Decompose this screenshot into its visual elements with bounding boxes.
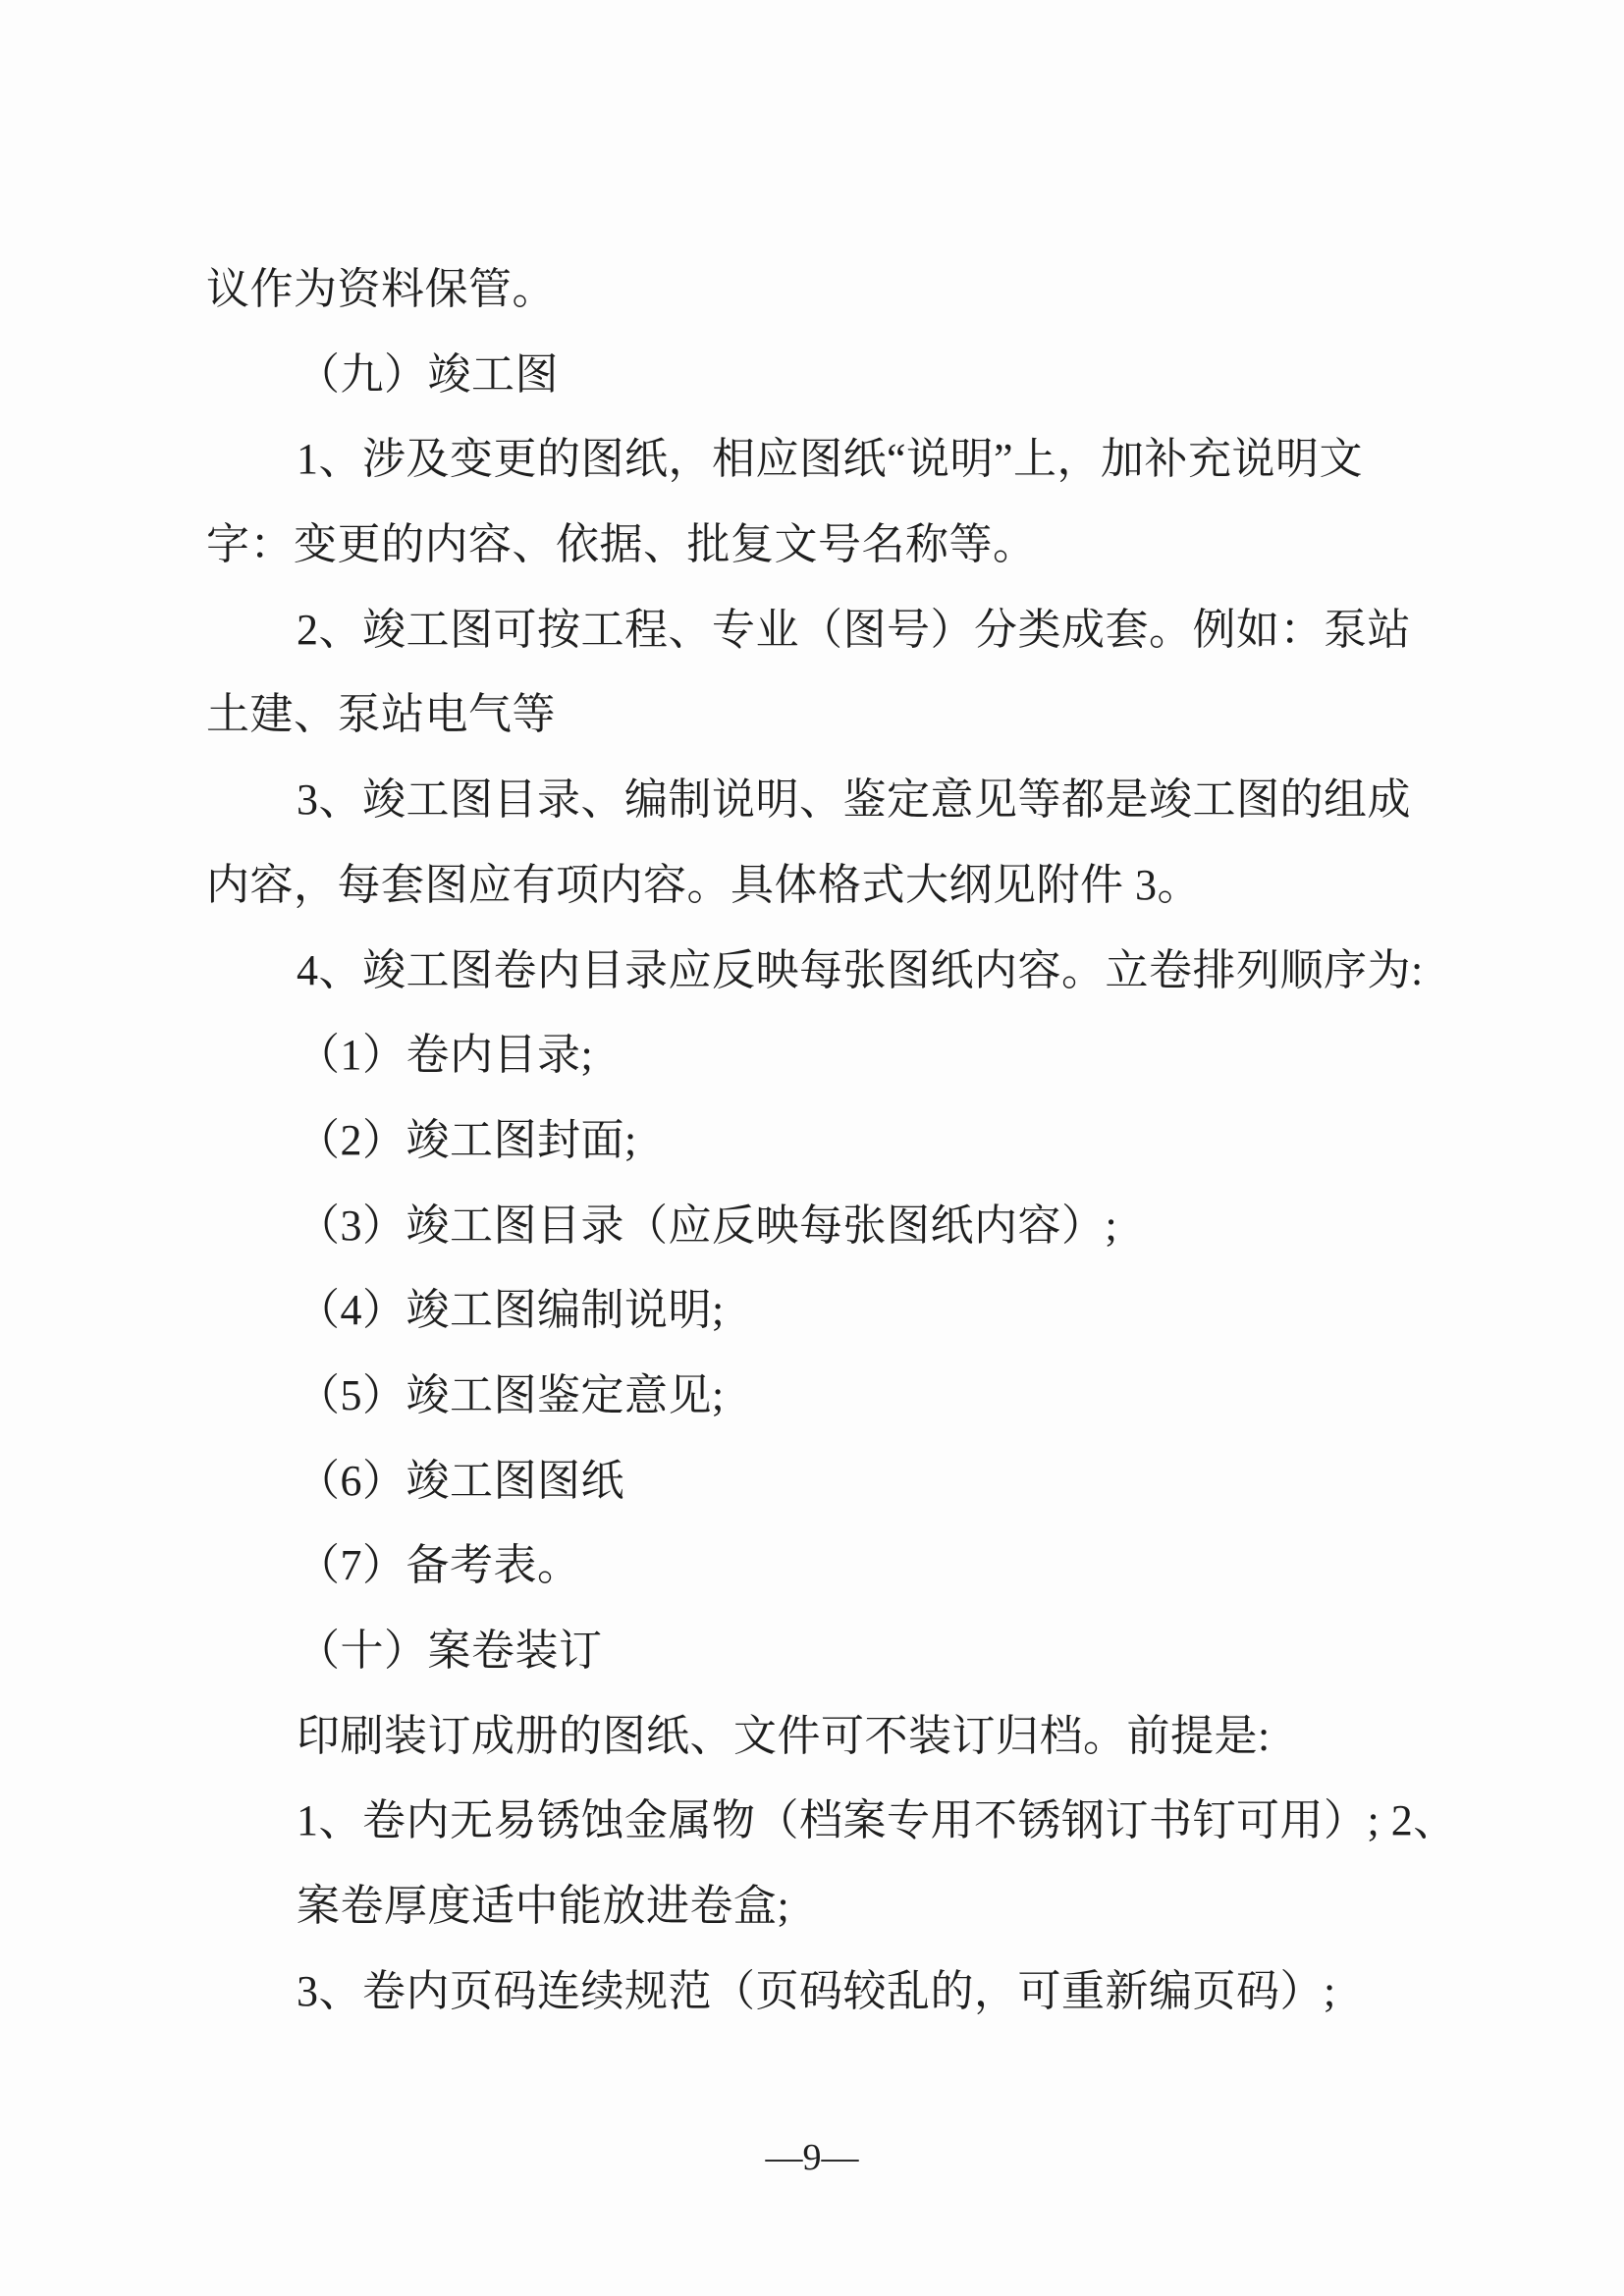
- text-line: 土建、泵站电气等: [206, 672, 1443, 758]
- text-line-list-item: （6）竣工图图纸: [206, 1439, 1443, 1524]
- text-line-section-heading: （九）竣工图: [206, 333, 1443, 418]
- text-line-list-item: （3）竣工图目录（应反映每张图纸内容）;: [206, 1184, 1443, 1269]
- text-line-list-item: （5）竣工图鉴定意见;: [206, 1354, 1443, 1439]
- text-line: 2、竣工图可按工程、专业（图号）分类成套。例如：泵站: [206, 588, 1443, 673]
- text-line-list-item: （4）竣工图编制说明;: [206, 1268, 1443, 1354]
- document-page: 议作为资料保管。 （九）竣工图 1、涉及变更的图纸，相应图纸“说明”上，加补充说…: [0, 0, 1624, 2296]
- text-line: 4、竣工图卷内目录应反映每张图纸内容。立卷排列顺序为:: [206, 929, 1443, 1014]
- text-line: 3、卷内页码连续规范（页码较乱的，可重新编页码）;: [206, 1949, 1443, 2035]
- text-line-list-item: （7）备考表。: [206, 1523, 1443, 1609]
- text-line: 3、竣工图目录、编制说明、鉴定意见等都是竣工图的组成: [206, 758, 1443, 843]
- text-line: 案卷厚度适中能放进卷盒;: [206, 1864, 1443, 1949]
- text-line: 议作为资料保管。: [206, 247, 1443, 333]
- text-line: 字：变更的内容、依据、批复文号名称等。: [206, 503, 1443, 588]
- text-line: 1、卷内无易锈蚀金属物（档案专用不锈钢订书钉可用）; 2、: [206, 1779, 1443, 1864]
- text-line-list-item: （1）卷内目录;: [206, 1013, 1443, 1098]
- page-number: —9—: [0, 2128, 1624, 2187]
- text-line-section-heading: （十）案卷装订: [206, 1609, 1443, 1694]
- text-line-list-item: （2）竣工图封面;: [206, 1098, 1443, 1184]
- text-line: 内容，每套图应有项内容。具体格式大纲见附件 3。: [206, 843, 1443, 929]
- document-body: 议作为资料保管。 （九）竣工图 1、涉及变更的图纸，相应图纸“说明”上，加补充说…: [206, 247, 1443, 2034]
- text-line: 印刷装订成册的图纸、文件可不装订归档。前提是:: [206, 1694, 1443, 1780]
- text-line: 1、涉及变更的图纸，相应图纸“说明”上，加补充说明文: [206, 417, 1443, 503]
